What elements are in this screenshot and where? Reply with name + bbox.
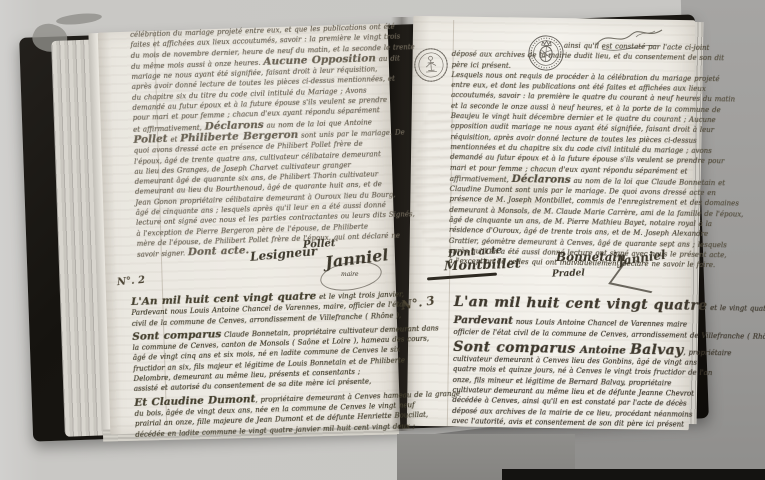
signature-montbillet: Montbillet: [444, 257, 521, 275]
signature-pradel: Pradel: [552, 268, 585, 279]
signature-pollet: Pollet: [303, 238, 336, 251]
standing-figure-fiscal-stamp-icon: [412, 45, 451, 85]
signature-bonnetain: Bonnetain: [556, 250, 626, 264]
pen-flourish-icon: [592, 25, 666, 53]
scan-bottom-black-strip: [502, 469, 765, 480]
scanned-register-photo: célébration du mariage projeté entre eux…: [0, 0, 765, 480]
left-page-act-no2-text: L'An mil huit cent vingt quatre et le vi…: [131, 289, 394, 440]
signature-title-maire: maire: [341, 271, 359, 278]
right-page-act-no2-continuation-text: ainsi qu'il est constaté par l'acte ci-j…: [448, 39, 689, 270]
crowned-cipher-fiscal-stamp-icon: [526, 31, 566, 75]
cover-worn-edge: [56, 12, 103, 27]
left-page-act-continuation-text: célébration du mariage projeté entre eux…: [130, 22, 396, 261]
handwritten-line: L'an mil huit cent vingt quatre et le vi…: [454, 297, 692, 313]
right-page-act-no3-text: L'an mil huit cent vingt quatre et le vi…: [452, 297, 692, 430]
